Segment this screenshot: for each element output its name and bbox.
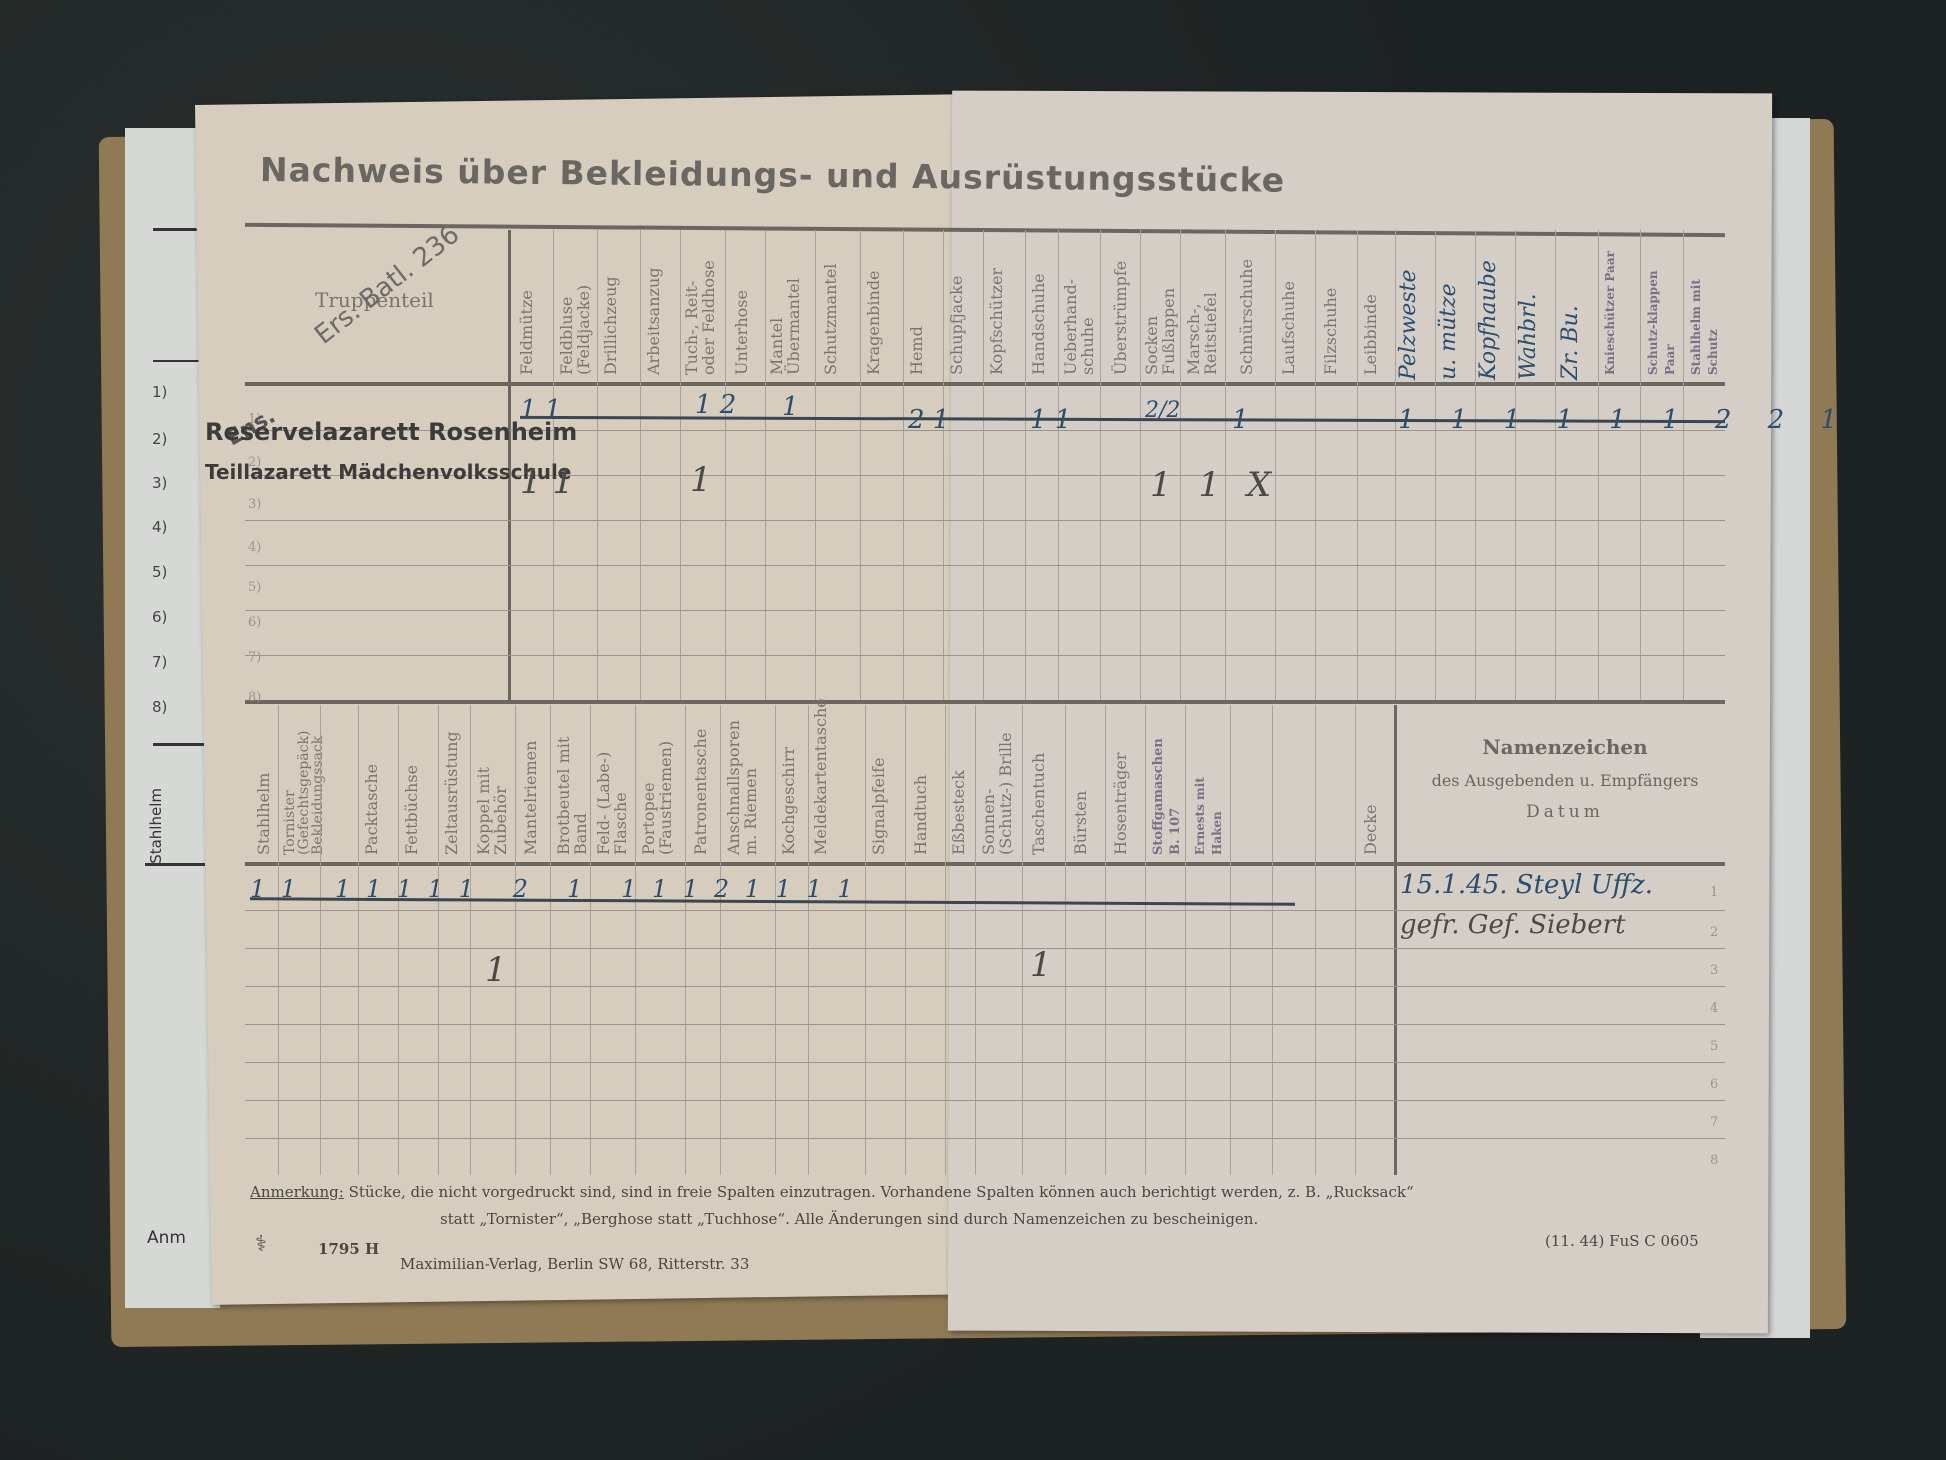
under-row-number: 3) <box>152 474 167 492</box>
stamped-column-header: Knieschützer Paar <box>1602 250 1619 375</box>
handwritten-column-header: Wahbrl. <box>1520 240 1537 380</box>
column-header: Packtasche <box>363 715 380 855</box>
entry-cell: 1 <box>1030 945 1052 985</box>
column-header: Brotbeutel mit Band <box>555 715 589 855</box>
column-header: Mantelriemen <box>522 715 539 855</box>
handwritten-column-header: u. mütze <box>1440 230 1457 380</box>
column-header: Meldekartentasche <box>812 715 829 855</box>
lower-table-header-rule <box>245 862 1725 866</box>
signature-entry: gefr. Gef. Siebert <box>1400 910 1626 940</box>
entry-cell: 1 <box>1232 405 1249 435</box>
form-code: (11. 44) FuS C 0605 <box>1545 1232 1699 1250</box>
column-header: Anschnallsporen m. Riemen <box>725 715 759 855</box>
signature-entry: 15.1.45. Steyl Uffz. <box>1400 870 1653 900</box>
entry-cell: 1 1 <box>520 395 561 425</box>
column-header: Stahlhelm <box>255 715 272 855</box>
signature-row-number: 1 <box>1710 885 1718 900</box>
column-header: Schupfjacke <box>948 240 965 375</box>
entry-cell: 1 1 <box>1030 405 1071 435</box>
column-header: Schnürschuhe <box>1238 240 1255 375</box>
under-row-number: 4) <box>152 518 167 536</box>
entry-cell: 1 1 X <box>1150 465 1279 505</box>
under-row-number: 6) <box>152 608 167 626</box>
signature-date-label: Datum <box>1400 802 1730 822</box>
under-column-label: Stahlhelm <box>147 788 165 864</box>
column-header: Taschentuch <box>1030 715 1047 855</box>
entry-cell: 2 1 <box>908 405 949 435</box>
lower-row1-entries: 1 1 1 1 1 1 1 2 1 1 1 1 2 1 1 1 1 <box>250 875 857 903</box>
note-label: Anmerkung: <box>250 1183 344 1201</box>
under-row-number: 2) <box>152 430 167 448</box>
column-header: Handtuch <box>912 715 929 855</box>
signature-header: Namenzeichen <box>1400 735 1730 759</box>
under-row-number: 7) <box>152 653 167 671</box>
column-header: Feldbluse (Feldjacke) <box>558 240 592 375</box>
stamped-column-header: Schutz-klappen Paar <box>1645 245 1679 375</box>
column-header: Hemd <box>908 240 925 375</box>
column-header: Unterhose <box>733 240 750 375</box>
column-header: Laufschuhe <box>1280 240 1297 375</box>
stamp-teillazarett: Teillazarett Mädchenvolksschule <box>205 460 571 484</box>
upper-table-header-rule <box>245 382 1725 386</box>
column-header: Drillichzeug <box>602 240 619 375</box>
signature-row-number: 5 <box>1710 1039 1718 1054</box>
handwritten-column-header: Kopfhaube <box>1480 205 1497 380</box>
stamped-column-header: Stahlhelm mit Schutz <box>1688 250 1722 375</box>
column-header: Signalpfeife <box>870 715 887 855</box>
column-header: Socken Fußlappen <box>1143 240 1177 375</box>
column-header: Überstrümpfe <box>1112 240 1129 375</box>
column-header: Marsch-, Reitstiefel <box>1185 240 1219 375</box>
under-row-number: 1) <box>152 383 167 401</box>
column-header: Tuch-, Reit- oder Feldhose <box>683 240 717 375</box>
column-header: Bürsten <box>1072 715 1089 855</box>
stamped-column-header: Ernests mit Haken <box>1192 770 1226 855</box>
column-header: Handschuhe <box>1030 240 1047 375</box>
entry-cell: 1 1 1 1 1 1 2 2 1 <box>1398 405 1851 435</box>
entry-cell: 1 <box>690 460 712 500</box>
under-row-number: 8) <box>152 698 167 716</box>
note-text: Stücke, die nicht vorgedruckt sind, sind… <box>349 1183 1414 1201</box>
column-header: Patronentasche <box>692 715 709 855</box>
column-header: Kopfschützer <box>988 240 1005 375</box>
form-number: 1795 H <box>318 1240 379 1258</box>
column-header: Eßbesteck <box>950 715 967 855</box>
entry-cell: 2/2 <box>1145 398 1180 423</box>
column-header: Feldmütze <box>518 240 535 375</box>
publisher-logo-icon: ⚕ <box>255 1232 267 1257</box>
handwritten-column-header: Pelzweste <box>1400 230 1417 380</box>
column-header: Hosenträger <box>1112 715 1129 855</box>
column-header: Zeltausrüstung <box>443 715 460 855</box>
footer-note-line1: Anmerkung: Stücke, die nicht vorgedruckt… <box>250 1183 1414 1201</box>
signature-row-number: 4 <box>1710 1001 1718 1016</box>
column-header: Leibbinde <box>1362 240 1379 375</box>
column-header: Feld- (Labe-) Flasche <box>595 715 629 855</box>
publisher: Maximilian-Verlag, Berlin SW 68, Ritters… <box>400 1255 749 1273</box>
column-header: Arbeitsanzug <box>645 240 662 375</box>
column-header: Koppel mit Zubehör <box>475 715 509 855</box>
row-number: 5) <box>248 580 261 595</box>
row-number: 6) <box>248 615 261 630</box>
row-number: 3) <box>248 497 261 512</box>
signature-header-block: Namenzeichen des Ausgebenden u. Empfänge… <box>1400 735 1730 822</box>
entry-cell: 1 1 <box>520 462 574 502</box>
signature-row-number: 6 <box>1710 1077 1718 1092</box>
signature-row-number: 2 <box>1710 925 1718 940</box>
handwritten-column-header: Zr. Bu. <box>1562 250 1579 380</box>
signature-subheader: des Ausgebenden u. Empfängers <box>1400 771 1730 790</box>
upper-table-bottom-rule <box>245 700 1725 704</box>
lower-table-divider <box>1394 705 1397 1175</box>
column-header: Schutzmantel <box>822 240 839 375</box>
entry-cell: 1 <box>485 950 507 990</box>
column-header: Kochgeschirr <box>780 715 797 855</box>
entry-cell: 1 <box>782 392 799 422</box>
stamped-column-header: Stoffgamaschen B. 107 <box>1150 740 1184 855</box>
column-header: Decke <box>1362 790 1379 855</box>
column-header: Fettbüchse <box>403 715 420 855</box>
signature-row-number: 3 <box>1710 963 1718 978</box>
under-row-number: 5) <box>152 563 167 581</box>
under-anm-label: Anm <box>147 1228 186 1248</box>
column-header: Tornister (Gefechtsgepäck) Bekleidungssa… <box>283 715 325 855</box>
row-number: 7) <box>248 650 261 665</box>
footer-note-line2: statt „Tornister“, „Berghose statt „Tuch… <box>440 1210 1258 1228</box>
signature-row-number: 7 <box>1710 1115 1718 1130</box>
column-header: Filzschuhe <box>1322 240 1339 375</box>
row-number: 8) <box>248 690 261 705</box>
entry-cell: 1 2 <box>695 390 736 420</box>
column-header: Kragenbinde <box>865 240 882 375</box>
column-header: Ueberhand-schuhe <box>1062 240 1096 375</box>
column-header: Sonnen- (Schutz-) Brille <box>980 715 1014 855</box>
row-number: 4) <box>248 540 261 555</box>
signature-row-number: 8 <box>1710 1153 1718 1168</box>
column-header: Mantel Übermantel <box>768 240 802 375</box>
column-header: Portopee (Faustriemen) <box>640 715 674 855</box>
